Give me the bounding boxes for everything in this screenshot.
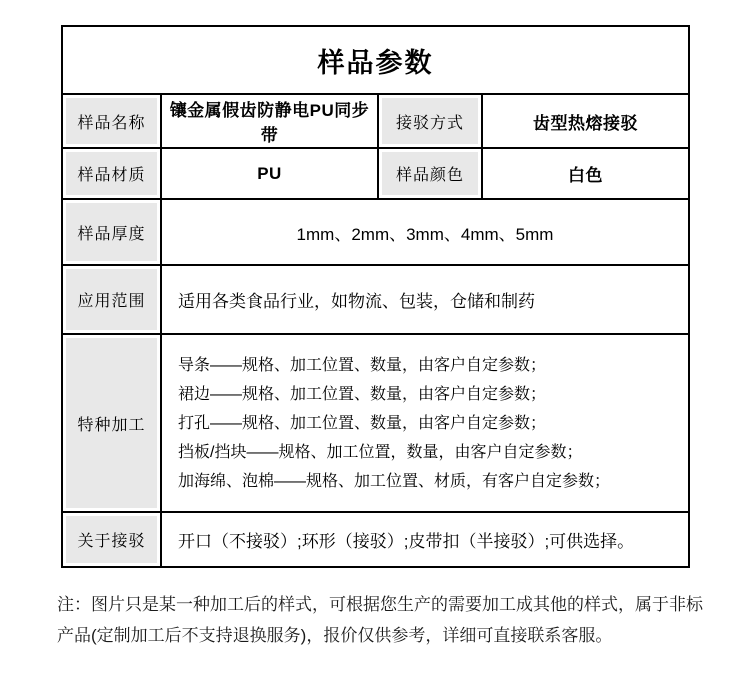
sample-parameters-table: 样品参数 样品名称 镶金属假齿防静电PU同步带 接驳方式 齿型热熔接驳 样品材质… — [61, 25, 690, 568]
product-spec-sheet: 样品参数 样品名称 镶金属假齿防静电PU同步带 接驳方式 齿型热熔接驳 样品材质… — [0, 0, 750, 679]
sample-name-value: 镶金属假齿防静电PU同步带 — [161, 94, 378, 148]
thickness-label: 样品厚度 — [62, 199, 161, 265]
special-line-guide-strip: 导条——规格、加工位置、数量，由客户自定参数； — [178, 351, 680, 380]
row-sample-name: 样品名称 镶金属假齿防静电PU同步带 接驳方式 齿型热熔接驳 — [62, 94, 689, 148]
page-title: 样品参数 — [62, 26, 689, 94]
joining-value: 开口（不接驳）;环形（接驳）;皮带扣（半接驳）;可供选择。 — [161, 512, 689, 567]
footnote: 注：图片只是某一种加工后的样式，可根据您生产的需要加工成其他的样式，属于非标 产… — [57, 589, 717, 651]
row-application: 应用范围 适用各类食品行业，如物流、包装，仓储和制药 — [62, 265, 689, 334]
footnote-line-2: 产品(定制加工后不支持退换服务)，报价仅供参考，详细可直接联系客服。 — [57, 620, 717, 651]
row-joining: 关于接驳 开口（不接驳）;环形（接驳）;皮带扣（半接驳）;可供选择。 — [62, 512, 689, 567]
application-value: 适用各类食品行业，如物流、包装，仓储和制药 — [161, 265, 689, 334]
sample-name-label: 样品名称 — [62, 94, 161, 148]
thickness-value: 1mm、2mm、3mm、4mm、5mm — [161, 199, 689, 265]
row-thickness: 样品厚度 1mm、2mm、3mm、4mm、5mm — [62, 199, 689, 265]
material-label: 样品材质 — [62, 148, 161, 199]
color-value: 白色 — [482, 148, 689, 199]
row-special-processing: 特种加工 导条——规格、加工位置、数量，由客户自定参数； 裙边——规格、加工位置… — [62, 334, 689, 512]
special-processing-value: 导条——规格、加工位置、数量，由客户自定参数； 裙边——规格、加工位置、数量，由… — [161, 334, 689, 512]
special-line-sponge: 加海绵、泡棉——规格、加工位置、材质，有客户自定参数； — [178, 467, 680, 496]
footnote-line-1: 注：图片只是某一种加工后的样式，可根据您生产的需要加工成其他的样式，属于非标 — [57, 589, 717, 620]
special-line-punching: 打孔——规格、加工位置、数量，由客户自定参数； — [178, 409, 680, 438]
color-label: 样品颜色 — [378, 148, 482, 199]
material-value: PU — [161, 148, 378, 199]
joint-method-label: 接驳方式 — [378, 94, 482, 148]
joint-method-value: 齿型热熔接驳 — [482, 94, 689, 148]
special-line-skirt: 裙边——规格、加工位置、数量，由客户自定参数； — [178, 380, 680, 409]
application-label: 应用范围 — [62, 265, 161, 334]
special-processing-label: 特种加工 — [62, 334, 161, 512]
special-line-baffle: 挡板/挡块——规格、加工位置，数量，由客户自定参数； — [178, 438, 680, 467]
title-row: 样品参数 — [62, 26, 689, 94]
joining-label: 关于接驳 — [62, 512, 161, 567]
row-material-color: 样品材质 PU 样品颜色 白色 — [62, 148, 689, 199]
